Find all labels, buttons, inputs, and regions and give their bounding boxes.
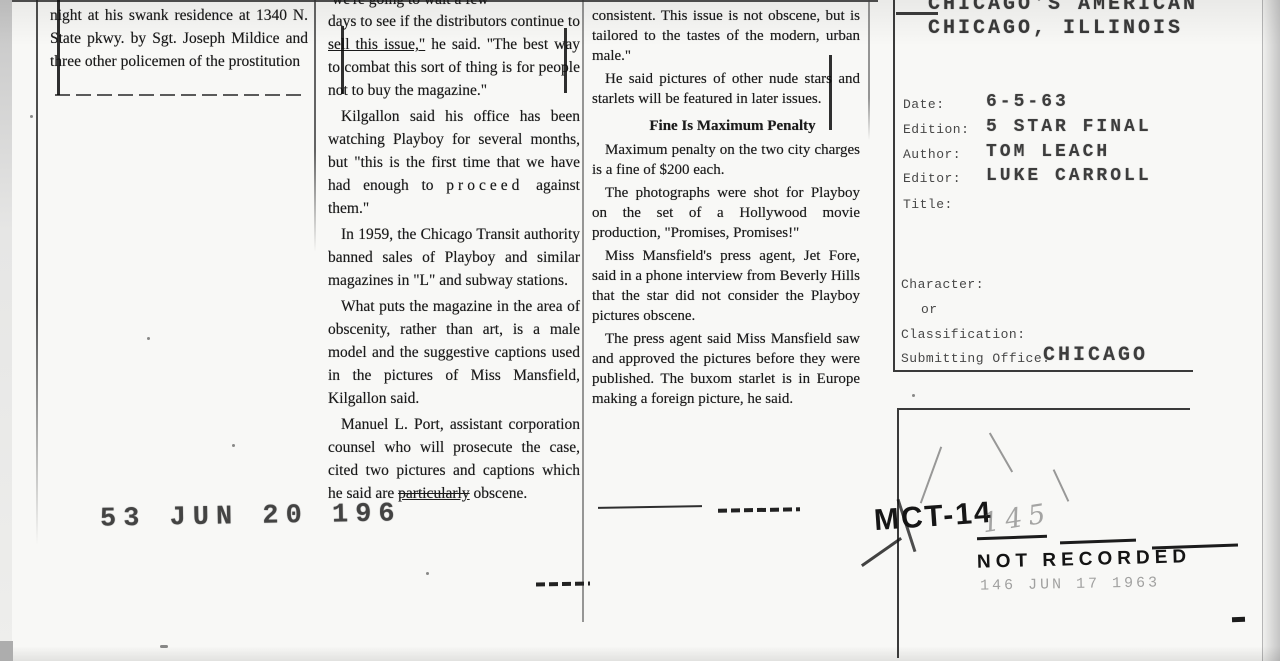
field-label-editor: Editor: — [903, 171, 961, 186]
article-paragraph: Maximum penalty on the two city charges … — [592, 140, 860, 180]
pen-dash-mark — [1232, 617, 1245, 622]
article-partial-top-line: we're going to wait a few — [332, 0, 582, 9]
article-paragraph: He said pictures of other nude stars and… — [592, 69, 860, 109]
pen-underline — [1152, 544, 1238, 550]
scan-edge-bottom — [0, 646, 1280, 661]
pen-scribble — [920, 446, 942, 503]
article-column-1: night at his swank residence at 1340 N. … — [50, 4, 308, 76]
article-paragraph: Manuel L. Port, assistant corporation co… — [328, 413, 580, 505]
article-paragraph: days to see if the distributors continue… — [328, 10, 580, 102]
paragraph-text: obscene. — [470, 485, 528, 502]
scan-edge-corner — [0, 641, 13, 661]
routing-box-border-top — [897, 408, 1190, 410]
field-label-character: Character: — [901, 277, 984, 292]
scan-speck — [426, 572, 429, 575]
scan-speck — [912, 394, 915, 397]
field-value-date: 6-5-63 — [986, 92, 1069, 112]
publication-name: CHICAGO'S AMERICAN — [928, 0, 1198, 16]
column-rule-right — [868, 0, 870, 140]
field-value-submitting-office: CHICAGO — [1043, 344, 1148, 367]
pen-stroke — [341, 26, 344, 94]
article-column-2: days to see if the distributors continue… — [328, 10, 580, 508]
scan-speck — [232, 444, 235, 447]
letterspaced-text: proceed — [446, 177, 523, 194]
field-label-classification: Classification: — [901, 327, 1026, 342]
pen-stroke — [57, 0, 60, 95]
field-label-date: Date: — [903, 97, 945, 112]
pen-scribble — [1053, 469, 1070, 502]
article-paragraph: Miss Mansfield's press agent, Jet Fore, … — [592, 246, 860, 326]
article-subhead: Fine Is Maximum Penalty — [592, 116, 860, 136]
publication-city: CHICAGO, ILLINOIS — [928, 17, 1183, 40]
field-label-author: Author: — [903, 147, 961, 162]
pen-underline — [1060, 539, 1136, 545]
column-rule-left — [36, 0, 38, 545]
field-label-or: or — [921, 302, 938, 317]
pen-scribble — [989, 433, 1013, 473]
scanned-document-page: night at his swank residence at 1340 N. … — [0, 0, 1280, 661]
scan-edge-right — [1262, 0, 1280, 661]
pen-stroke — [564, 28, 567, 93]
pen-stroke — [829, 55, 832, 130]
pen-marked-text: particularly — [398, 485, 469, 502]
field-value-author: TOM LEACH — [986, 142, 1110, 162]
article-paragraph: night at his swank residence at 1340 N. … — [50, 4, 308, 73]
file-panel-border-left — [893, 0, 895, 372]
article-paragraph: consistent. This issue is not obscene, b… — [592, 6, 860, 66]
article-paragraph: In 1959, the Chicago Transit authority b… — [328, 223, 580, 292]
article-paragraph: The photographs were shot for Playboy on… — [592, 183, 860, 243]
scan-edge-left — [0, 0, 12, 661]
field-value-editor: LUKE CARROLL — [986, 166, 1152, 186]
article-end-mark — [718, 507, 800, 512]
article-paragraph: What puts the magazine in the area of ob… — [328, 295, 580, 410]
pen-scribble — [861, 537, 902, 567]
field-label-edition: Edition: — [903, 122, 969, 137]
article-paragraph: The press agent said Miss Mansfield saw … — [592, 329, 860, 409]
date-received-stamp: 53 JUN 20 196 — [100, 499, 402, 534]
not-recorded-date-stamp: 146 JUN 17 1963 — [980, 574, 1160, 594]
file-panel-border-bottom — [893, 370, 1193, 372]
column1-end-dash-rule — [55, 94, 301, 96]
column-rule-2-3 — [582, 0, 584, 622]
scan-speck — [30, 115, 33, 118]
article-column-3: consistent. This issue is not obscene, b… — [592, 6, 860, 412]
field-label-title: Title: — [903, 197, 953, 212]
mct-routing-stamp: MCT-14 — [873, 496, 994, 538]
column-rule-1-2 — [314, 0, 316, 252]
field-value-edition: 5 STAR FINAL — [986, 117, 1152, 137]
scan-speck — [147, 337, 150, 340]
not-recorded-stamp: NOT RECORDED — [977, 546, 1192, 574]
field-label-submitting-office: Submitting Office: — [901, 351, 1050, 366]
pen-strike-line — [598, 505, 702, 509]
article-paragraph: Kilgallon said his office has been watch… — [328, 105, 580, 220]
scan-speck — [160, 645, 168, 648]
paragraph-text: days to see if the distributors continue… — [328, 13, 580, 30]
